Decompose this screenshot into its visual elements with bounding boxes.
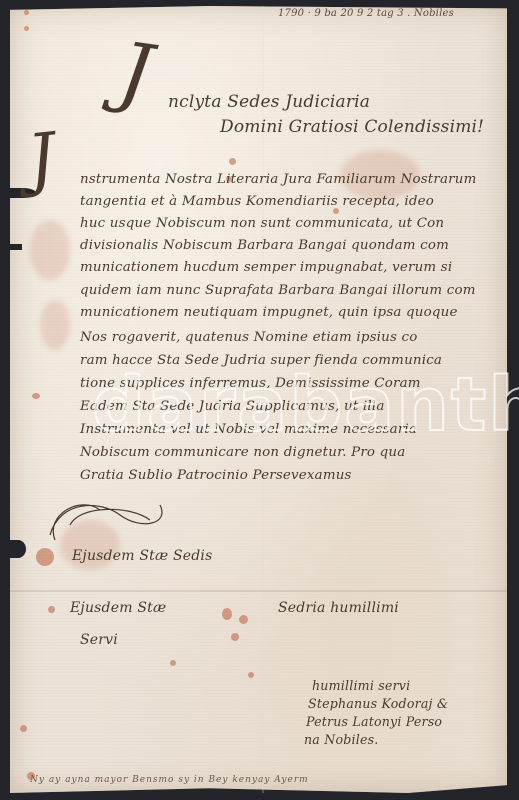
body-line: Gratia Sublio Patrocinio Persevexamus: [80, 468, 352, 483]
ink-spot: [239, 615, 248, 624]
ink-spot: [170, 660, 176, 666]
body-line: huc usque Nobiscum non sunt communicata,…: [80, 216, 444, 231]
ink-spot: [229, 158, 236, 165]
ink-spot: [20, 725, 27, 732]
body-line: quidem iam nunc Suprafata Barbara Bangai…: [80, 283, 476, 298]
horizontal-fold-line: [10, 590, 507, 592]
body-line: tangentia et à Mambus Komendiariis recep…: [80, 194, 434, 209]
water-stain: [30, 220, 70, 280]
signature-line-1: humillimi servi: [312, 678, 410, 693]
ink-spot: [222, 608, 232, 620]
top-annotation: 1790 · 9 ba 20 9 2 tag 3 . Nobiles: [278, 8, 454, 19]
body-line: municationem neutiquam impugnet, quin ip…: [80, 305, 458, 320]
watermark: darabanth: [92, 362, 519, 448]
body-line: divisionalis Nobiscum Barbara Bangai quo…: [80, 238, 449, 253]
body-line: nstrumenta Nostra Literaria Jura Familia…: [80, 172, 476, 187]
ink-spot: [24, 26, 29, 31]
ink-spot: [231, 633, 239, 641]
paper-tear: [10, 540, 26, 558]
heading-line-1: nclyta Sedes Judiciaria: [168, 92, 370, 112]
body-line: Nos rogaverit, quatenus Nomine etiam ips…: [80, 330, 417, 345]
water-stain: [40, 300, 70, 350]
closing-line-1: Ejusdem Stæ Sedis: [72, 548, 212, 564]
bottom-faded-text: Ny ay ayna mayor Bensmo sy in Bey kenyay…: [30, 775, 309, 785]
signature-line-3: Petrus Latonyi Perso: [306, 714, 442, 729]
ink-spot: [248, 672, 254, 678]
ink-spot: [24, 10, 29, 15]
closing-line-3: Sedria humillimi: [278, 600, 399, 616]
signature-line-2: Stephanus Kodoraj &: [308, 696, 448, 711]
ink-spot: [32, 393, 40, 399]
flourish-ornament: [40, 495, 180, 555]
signature-line-4: na Nobiles.: [304, 732, 378, 747]
ink-spot: [48, 606, 55, 613]
body-line: municationem hucdum semper impugnabat, v…: [80, 260, 452, 275]
closing-line-4: Servi: [80, 632, 118, 648]
closing-line-2: Ejusdem Stæ: [70, 600, 166, 616]
paper-tear: [10, 244, 22, 250]
heading-line-2: Domini Gratiosi Colendissimi!: [220, 117, 484, 137]
